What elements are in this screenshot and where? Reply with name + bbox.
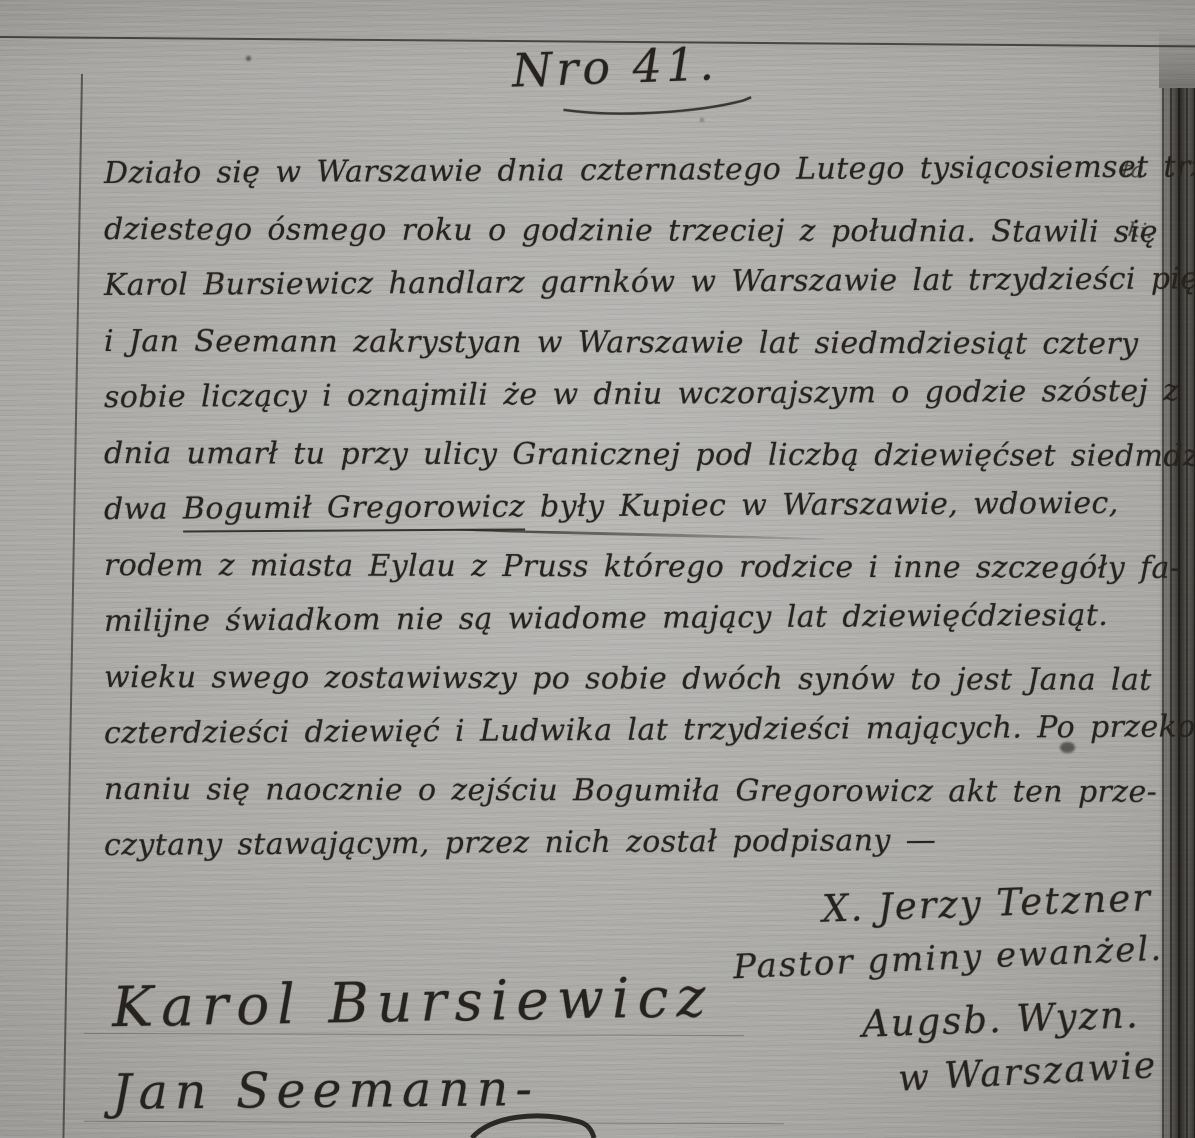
next-entry-flourish [468, 1112, 598, 1138]
body-line-with-deceased-name: dwa Bogumił Gregorowicz były Kupiec w Wa… [104, 476, 1164, 538]
body-line7-pre: dwa [104, 492, 183, 527]
body-line: sobie liczący i oznajmili że w dniu wczo… [104, 364, 1164, 426]
officiant-signature-place: w Warszawie [897, 1045, 1158, 1100]
body-line: czterdzieści dziewięć i Ludwika lat trzy… [104, 700, 1164, 762]
body-line: Karol Bursiewicz handlarz garnków w Wars… [104, 252, 1164, 314]
ink-speck [700, 118, 704, 122]
officiant-signature-name: X. Jerzy Tetzner [821, 876, 1152, 930]
record-body-text: Działo się w Warszawie dnia czternastego… [104, 146, 1164, 874]
body-line7-post: były Kupiec w Warszawie, wdowiec, [525, 486, 1119, 525]
officiant-signature-title: Pastor gminy ewanżel. [732, 929, 1164, 988]
ink-speck [1060, 742, 1075, 753]
officiant-signature-confession: Augsb. Wyzn. [861, 993, 1140, 1046]
record-number-text: Nro 41. [511, 36, 718, 97]
body-line: Działo się w Warszawie dnia czternastego… [104, 140, 1164, 202]
body-line: milijne świadkom nie są wiadome mający l… [104, 588, 1164, 650]
ink-speck [246, 56, 251, 61]
witness-signature-rule-line [84, 1121, 784, 1124]
document-scan-page: Nro 41. Działo się w Warszawie dnia czte… [0, 0, 1195, 1138]
page-binding-shadow [1159, 88, 1195, 1138]
witness-signature-1: Karol Bursiewicz [111, 965, 713, 1039]
margin-note: ki. [1127, 217, 1154, 243]
deceased-name-underlined: Bogumił Gregorowicz [183, 489, 525, 532]
left-margin-line [62, 74, 83, 1138]
body-line: czytany stawającym, przez nich został po… [104, 812, 1164, 874]
margin-note: ta [1121, 157, 1145, 184]
record-number: Nro 41. [511, 36, 718, 97]
record-number-underline-flourish [559, 93, 760, 124]
